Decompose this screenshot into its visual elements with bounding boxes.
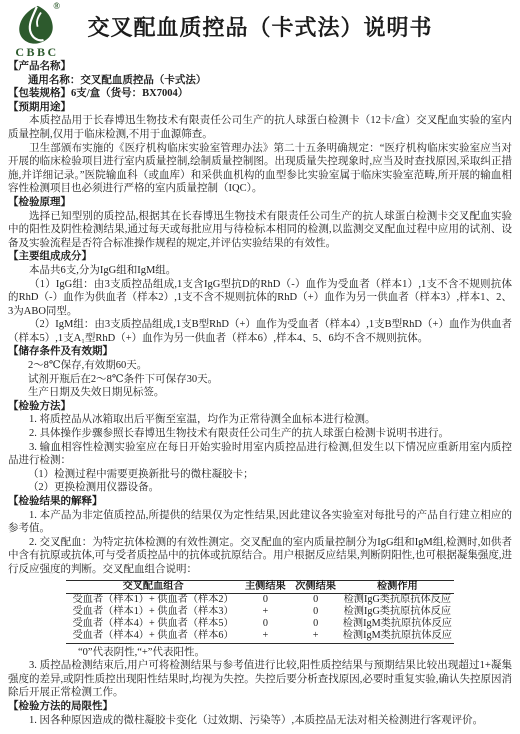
table-cell: + <box>291 630 341 643</box>
paragraph: 2. 交叉配血：为特定抗体检测的有效性测定。交叉配血的室内质量控制分为IgG组和… <box>8 536 512 577</box>
paragraph: 3. 输血相容性检测实验室应在每日开始实验时用室内质控品进行检测,但发生以下情况… <box>8 441 512 468</box>
paragraph: 2～8℃保存,有效期60天。 <box>8 359 512 373</box>
table-header-cell: 次侧结果 <box>291 580 341 593</box>
paragraph: （1）IgG组：由3支质控品组成,1支含IgG型抗D的RhD（-）血作为受血者（… <box>8 278 512 319</box>
table-cell: 受血者（样本1）+ 供血者（样本3） <box>66 606 240 618</box>
section-heading: 【产品名称】 <box>8 60 512 74</box>
paragraph: 通用名称：交叉配血质控品（卡式法） <box>8 74 512 88</box>
paragraph: 1. 将质控品从冰箱取出后平衡至室温，均作为正常待测全血标本进行检测。 <box>8 413 512 427</box>
paragraph: 1. 本产品为非定值质控品,所提供的结果仅为定性结果,因此建议各实验室对每批号的… <box>8 509 512 536</box>
paragraph: 3. 质控品检测结束后,用户可将检测结果与参考值进行比较,阳性质控结果与预期结果… <box>8 659 512 700</box>
section-heading: 【预期用途】 <box>8 101 512 115</box>
table-header-cell: 交叉配血组合 <box>66 580 240 593</box>
table-cell: 0 <box>291 593 341 606</box>
paragraph: 选择已知型别的质控品,根据其在长春博迅生物技术有限责任公司生产的抗人球蛋白检测卡… <box>8 210 512 251</box>
section-heading: 【检验结果的解释】 <box>8 495 512 509</box>
paragraph: 本质控品用于长春博迅生物技术有限责任公司生产的抗人球蛋白检测卡（12卡/盒）交叉… <box>8 114 512 141</box>
crossmatch-combination-table: 交叉配血组合主侧结果次侧结果检测作用受血者（样本1）+ 供血者（样本2）00检测… <box>66 580 454 644</box>
section-heading: 【储存条件及有效期】 <box>8 345 512 359</box>
table-cell: 检测IgG类抗原抗体反应 <box>341 593 454 606</box>
logo-sprout-icon <box>16 5 56 45</box>
table-header-cell: 主侧结果 <box>240 580 290 593</box>
paragraph: 卫生部颁布实施的《医疗机构临床实验室管理办法》第二十五条明确规定：“医疗机构临床… <box>8 142 512 196</box>
document-header: ® CBBC 交叉配血质控品（卡式法）说明书 <box>0 0 520 58</box>
section-heading: 【检验原理】 <box>8 196 512 210</box>
table-row: 受血者（样本4）+ 供血者（样本5）00检测IgM类抗原抗体反应 <box>66 618 454 630</box>
document-title: 交叉配血质控品（卡式法）说明书 <box>0 0 520 41</box>
instruction-sheet: ® CBBC 交叉配血质控品（卡式法）说明书 【产品名称】通用名称：交叉配血质控… <box>0 0 520 734</box>
table-cell: 0 <box>240 618 290 630</box>
section-heading-label: 【储存条件及有效期】 <box>8 346 113 357</box>
section-heading-label: 【检验原理】 <box>8 197 71 208</box>
section-heading-label: 【产品名称】 <box>8 61 71 72</box>
section-heading: 【主要组成成分】 <box>8 250 512 264</box>
table-cell: 受血者（样本4）+ 供血者（样本5） <box>66 618 240 630</box>
table-header-cell: 检测作用 <box>341 580 454 593</box>
company-logo: ® CBBC <box>11 3 61 58</box>
paragraph: （2）IgM组：由3支质控品组成,1支B型RhD（+）血作为受血者（样本4）,1… <box>8 318 512 345</box>
section-heading-label: 【检验方法的局限性】 <box>8 701 113 712</box>
table-header-row: 交叉配血组合主侧结果次侧结果检测作用 <box>66 580 454 593</box>
table-cell: 检测IgM类抗原抗体反应 <box>341 630 454 643</box>
paragraph: （1）检测过程中需要更换新批号的微柱凝胶卡； <box>8 468 512 482</box>
section-heading: 【检验方法的局限性】 <box>8 700 512 714</box>
table-cell: 检测IgM类抗原抗体反应 <box>341 618 454 630</box>
table-cell: 0 <box>240 593 290 606</box>
section-heading-label: 【检验方法】 <box>8 401 71 412</box>
table-row: 受血者（样本1）+ 供血者（样本3）+0检测IgG类抗原抗体反应 <box>66 606 454 618</box>
section-heading-label: 【检验结果的解释】 <box>8 496 103 507</box>
registered-trademark-symbol: ® <box>53 2 60 11</box>
section-heading-label: 【包装规格】 <box>8 88 71 99</box>
paragraph: 本品共6支,分为IgG组和IgM组。 <box>8 264 512 278</box>
table-cell: + <box>240 606 290 618</box>
table-cell: 受血者（样本4）+ 供血者（样本6） <box>66 630 240 643</box>
table-cell: 0 <box>291 618 341 630</box>
table-footnote: “0”代表阴性,“+”代表阳性。 <box>8 646 512 660</box>
table-cell: + <box>240 630 290 643</box>
section-heading-inline-value: 6支/盒（货号：BX7004） <box>71 88 188 99</box>
logo-text: CBBC <box>11 46 61 58</box>
paragraph: 1. 因各种原因造成的微柱凝胶卡变化（过效期、污染等）,本质控品无法对相关检测进… <box>8 714 512 728</box>
table-cell: 受血者（样本1）+ 供血者（样本2） <box>66 593 240 606</box>
section-heading: 【包装规格】6支/盒（货号：BX7004） <box>8 87 512 101</box>
table-cell: 0 <box>291 606 341 618</box>
document-content: 【产品名称】通用名称：交叉配血质控品（卡式法）【包装规格】6支/盒（货号：BX7… <box>0 58 520 727</box>
paragraph: （2）更换检测用仪器设备。 <box>8 481 512 495</box>
section-heading-label: 【主要组成成分】 <box>8 251 92 262</box>
table-row: 受血者（样本1）+ 供血者（样本2）00检测IgG类抗原抗体反应 <box>66 593 454 606</box>
section-heading: 【检验方法】 <box>8 400 512 414</box>
section-heading-label: 【预期用途】 <box>8 102 71 113</box>
paragraph: 2. 具体操作步骤参照长春博迅生物技术有限责任公司生产的抗人球蛋白检测卡说明书进… <box>8 427 512 441</box>
paragraph: 试剂开瓶后在2～8℃条件下可保存30天。 <box>8 373 512 387</box>
table-row: 受血者（样本4）+ 供血者（样本6）++检测IgM类抗原抗体反应 <box>66 630 454 643</box>
paragraph: 生产日期及失效日期见标签。 <box>8 386 512 400</box>
table-cell: 检测IgG类抗原抗体反应 <box>341 606 454 618</box>
